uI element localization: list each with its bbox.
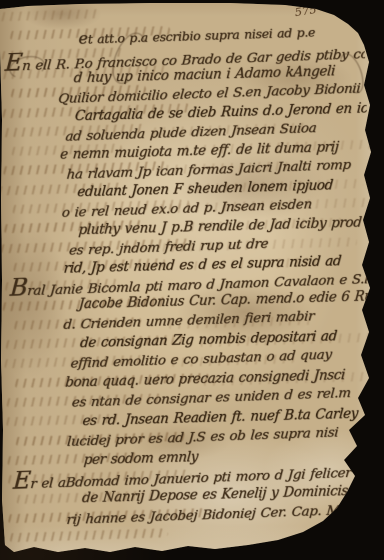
manuscript-page: 575 et att.o p.a escribio supra nisei ad…: [0, 0, 384, 560]
manuscript-paragraph-3: Er el aBdomad imo Januerio pti moro d Jg…: [11, 459, 384, 532]
folio-number: 575: [294, 2, 318, 19]
scan-background: 575 et att.o p.a escribio supra nisei ad…: [0, 0, 384, 560]
manuscript-paragraph-1: En ell R. P.o francisco co Brado de Gar …: [3, 42, 372, 281]
handwriting-layer: 575 et att.o p.a escribio supra nisei ad…: [0, 0, 384, 560]
manuscript-paragraph-2: Bral Janie Bicomla pti maro d Jnamon Cav…: [8, 267, 380, 473]
